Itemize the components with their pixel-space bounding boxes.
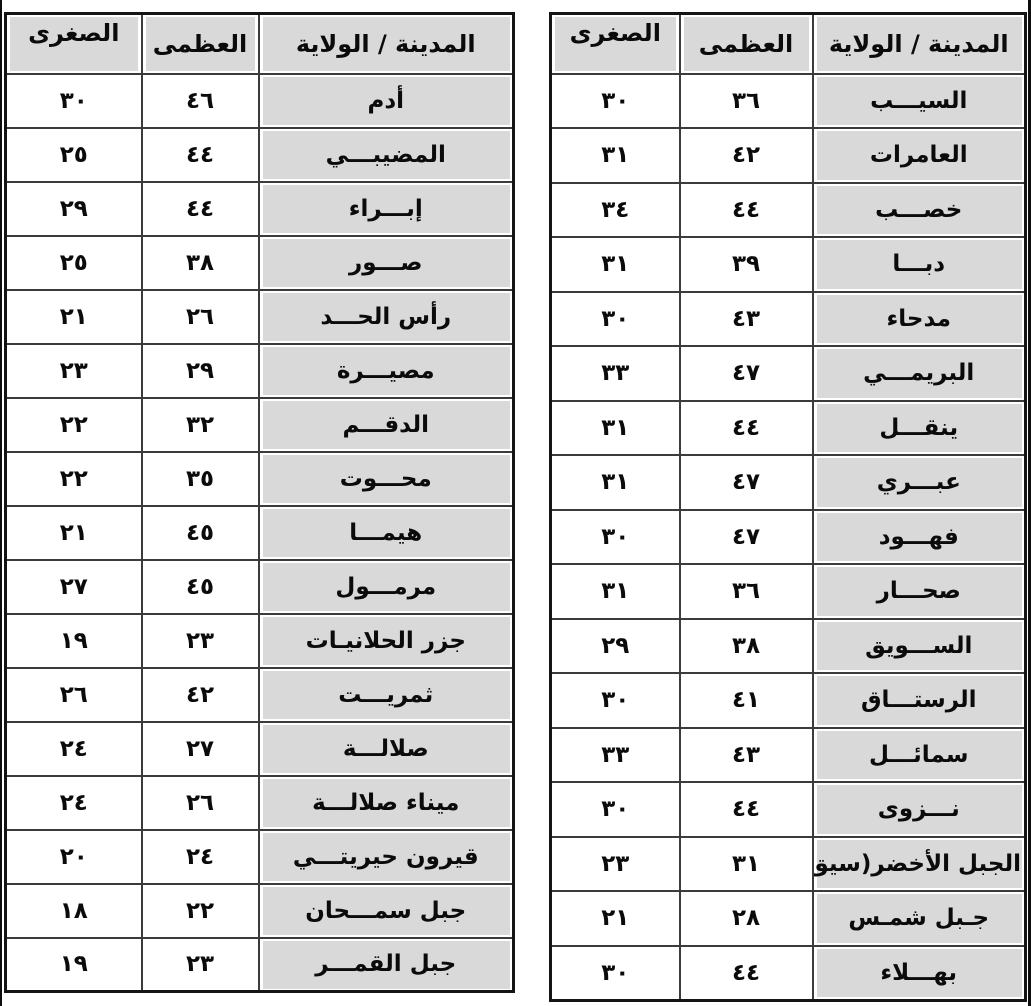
max-temp-cell: ٤١: [680, 673, 813, 728]
table-row: صحـــار ٣٦ ٣١: [551, 564, 1026, 619]
city-cell: الدقـــم: [259, 398, 514, 452]
max-temp-cell: ٤٣: [680, 292, 813, 347]
right-temperature-table: المدينة / الولاية العظمى الصغرى السيـــب…: [549, 12, 1027, 1002]
max-temp-cell: ٣٢: [142, 398, 259, 452]
min-temp-cell: ٢٤: [6, 722, 142, 776]
table-row: المضيبـــي ٤٤ ٢٥: [6, 128, 514, 182]
min-temp-cell: ٣٤: [551, 183, 680, 238]
min-temp-cell: ٢٥: [6, 128, 142, 182]
max-temp-cell: ٤٤: [680, 946, 813, 1001]
max-temp-cell: ٤٢: [680, 128, 813, 183]
min-column-header: الصغرى: [551, 14, 680, 74]
left-temperature-table: المدينة / الولاية العظمى الصغرى أدم ٤٦ ٣…: [4, 12, 515, 993]
min-temp-cell: ٢٠: [6, 830, 142, 884]
min-temp-cell: ٣٣: [551, 728, 680, 783]
city-cell: سمائـــل: [813, 728, 1026, 783]
table-row: سمائـــل ٤٣ ٣٣: [551, 728, 1026, 783]
min-temp-cell: ٣١: [551, 401, 680, 456]
city-cell: قيرون حيريتـــي: [259, 830, 514, 884]
max-temp-cell: ٤٣: [680, 728, 813, 783]
table-row: هيمـــا ٤٥ ٢١: [6, 506, 514, 560]
city-cell: السيـــب: [813, 74, 1026, 129]
max-temp-cell: ٤٦: [142, 74, 259, 128]
city-cell: خصـــب: [813, 183, 1026, 238]
table-row: فهـــود ٤٧ ٣٠: [551, 510, 1026, 565]
max-temp-cell: ٢٧: [142, 722, 259, 776]
table-row: ينقـــل ٤٤ ٣١: [551, 401, 1026, 456]
city-cell: هيمـــا: [259, 506, 514, 560]
max-temp-cell: ٤٥: [142, 560, 259, 614]
header-row: المدينة / الولاية العظمى الصغرى: [551, 14, 1026, 74]
max-temp-cell: ٤٧: [680, 346, 813, 401]
table-row: رأس الحـــد ٢٦ ٢١: [6, 290, 514, 344]
city-cell: العامرات: [813, 128, 1026, 183]
max-temp-cell: ٤٤: [680, 782, 813, 837]
city-cell: فهـــود: [813, 510, 1026, 565]
max-temp-cell: ٣١: [680, 837, 813, 892]
table-row: جبل القمـــر ٢٣ ١٩: [6, 938, 514, 992]
min-temp-cell: ٣١: [551, 564, 680, 619]
min-temp-cell: ٣١: [551, 455, 680, 510]
table-row: الرستـــاق ٤١ ٣٠: [551, 673, 1026, 728]
header-row: المدينة / الولاية العظمى الصغرى: [6, 14, 514, 74]
table-row: نـــزوى ٤٤ ٣٠: [551, 782, 1026, 837]
min-temp-cell: ٣٠: [6, 74, 142, 128]
table-row: العامرات ٤٢ ٣١: [551, 128, 1026, 183]
max-temp-cell: ٣٥: [142, 452, 259, 506]
max-temp-cell: ٤٤: [142, 182, 259, 236]
city-cell: صحـــار: [813, 564, 1026, 619]
table-row: مصيـــرة ٢٩ ٢٣: [6, 344, 514, 398]
city-cell: ينقـــل: [813, 401, 1026, 456]
table-row: مرمـــول ٤٥ ٢٧: [6, 560, 514, 614]
city-cell: جبل سمـــحان: [259, 884, 514, 938]
max-temp-cell: ٤٧: [680, 455, 813, 510]
min-temp-cell: ٢٩: [6, 182, 142, 236]
min-temp-cell: ٣٠: [551, 510, 680, 565]
city-cell: بهـــلاء: [813, 946, 1026, 1001]
table-row: عبـــري ٤٧ ٣١: [551, 455, 1026, 510]
city-column-header: المدينة / الولاية: [813, 14, 1026, 74]
max-column-header: العظمى: [680, 14, 813, 74]
min-temp-cell: ٣٠: [551, 292, 680, 347]
max-temp-cell: ٣٦: [680, 564, 813, 619]
city-cell: الرستـــاق: [813, 673, 1026, 728]
table-row: ميناء صلالـــة ٢٦ ٢٤: [6, 776, 514, 830]
max-temp-cell: ٤٤: [680, 183, 813, 238]
city-cell: دبـــا: [813, 237, 1026, 292]
min-temp-cell: ٢١: [551, 891, 680, 946]
table-row: إبـــراء ٤٤ ٢٩: [6, 182, 514, 236]
city-cell: البريمـــي: [813, 346, 1026, 401]
table-row: بهـــلاء ٤٤ ٣٠: [551, 946, 1026, 1001]
min-temp-cell: ٢٤: [6, 776, 142, 830]
max-temp-cell: ٣٨: [142, 236, 259, 290]
max-temp-cell: ٢٨: [680, 891, 813, 946]
city-cell: صـــور: [259, 236, 514, 290]
table-row: محـــوت ٣٥ ٢٢: [6, 452, 514, 506]
table-row: مدحاء ٤٣ ٣٠: [551, 292, 1026, 347]
max-temp-cell: ٤٢: [142, 668, 259, 722]
min-temp-cell: ٣٠: [551, 74, 680, 129]
right-table-body: السيـــب ٣٦ ٣٠ العامرات ٤٢ ٣١ خصـــب ٤٤ …: [551, 74, 1026, 1001]
city-cell: مرمـــول: [259, 560, 514, 614]
city-cell: أدم: [259, 74, 514, 128]
max-temp-cell: ٢٢: [142, 884, 259, 938]
min-temp-cell: ١٩: [6, 938, 142, 992]
min-temp-cell: ٣٠: [551, 782, 680, 837]
max-temp-cell: ٤٧: [680, 510, 813, 565]
min-temp-cell: ١٩: [6, 614, 142, 668]
table-row: جزر الحلانيـات ٢٣ ١٩: [6, 614, 514, 668]
min-temp-cell: ٢١: [6, 290, 142, 344]
city-cell: الســـويق: [813, 619, 1026, 674]
table-row: صلالـــة ٢٧ ٢٤: [6, 722, 514, 776]
table-row: البريمـــي ٤٧ ٣٣: [551, 346, 1026, 401]
min-temp-cell: ٢٢: [6, 398, 142, 452]
min-temp-cell: ٢٢: [6, 452, 142, 506]
table-row: الســـويق ٣٨ ٢٩: [551, 619, 1026, 674]
max-temp-cell: ٢٦: [142, 776, 259, 830]
min-temp-cell: ٢٩: [551, 619, 680, 674]
table-row: قيرون حيريتـــي ٢٤ ٢٠: [6, 830, 514, 884]
max-temp-cell: ٤٤: [680, 401, 813, 456]
max-temp-cell: ٤٥: [142, 506, 259, 560]
city-cell: جـبل شمـس: [813, 891, 1026, 946]
min-temp-cell: ٣٣: [551, 346, 680, 401]
table-row: دبـــا ٣٩ ٣١: [551, 237, 1026, 292]
max-temp-cell: ٣٦: [680, 74, 813, 129]
max-temp-cell: ٢٣: [142, 938, 259, 992]
table-row: ثمريـــت ٤٢ ٢٦: [6, 668, 514, 722]
min-temp-cell: ١٨: [6, 884, 142, 938]
max-temp-cell: ٢٦: [142, 290, 259, 344]
max-temp-cell: ٢٤: [142, 830, 259, 884]
max-temp-cell: ٣٨: [680, 619, 813, 674]
city-cell: رأس الحـــد: [259, 290, 514, 344]
page-left-frame-line: [0, 0, 2, 1006]
table-row: الجبل الأخضر(سيق) ٣١ ٢٣: [551, 837, 1026, 892]
max-temp-cell: ٤٤: [142, 128, 259, 182]
city-cell: المضيبـــي: [259, 128, 514, 182]
city-cell: عبـــري: [813, 455, 1026, 510]
city-cell: إبـــراء: [259, 182, 514, 236]
table-row: صـــور ٣٨ ٢٥: [6, 236, 514, 290]
city-cell: ميناء صلالـــة: [259, 776, 514, 830]
table-row: خصـــب ٤٤ ٣٤: [551, 183, 1026, 238]
min-temp-cell: ٢٣: [551, 837, 680, 892]
min-temp-cell: ٣١: [551, 237, 680, 292]
page: المدينة / الولاية العظمى الصغرى السيـــب…: [0, 0, 1031, 1006]
city-column-header: المدينة / الولاية: [259, 14, 514, 74]
min-column-header: الصغرى: [6, 14, 142, 74]
table-row: جـبل شمـس ٢٨ ٢١: [551, 891, 1026, 946]
min-temp-cell: ٢٥: [6, 236, 142, 290]
max-temp-cell: ٢٣: [142, 614, 259, 668]
table-row: جبل سمـــحان ٢٢ ١٨: [6, 884, 514, 938]
city-cell: مصيـــرة: [259, 344, 514, 398]
min-temp-cell: ٣٠: [551, 673, 680, 728]
table-row: السيـــب ٣٦ ٣٠: [551, 74, 1026, 129]
city-cell: جزر الحلانيـات: [259, 614, 514, 668]
city-cell: الجبل الأخضر(سيق): [813, 837, 1026, 892]
min-temp-cell: ٢٦: [6, 668, 142, 722]
min-temp-cell: ٢١: [6, 506, 142, 560]
table-row: الدقـــم ٣٢ ٢٢: [6, 398, 514, 452]
min-temp-cell: ٣١: [551, 128, 680, 183]
city-cell: ثمريـــت: [259, 668, 514, 722]
min-temp-cell: ٢٧: [6, 560, 142, 614]
city-cell: محـــوت: [259, 452, 514, 506]
max-temp-cell: ٣٩: [680, 237, 813, 292]
max-temp-cell: ٢٩: [142, 344, 259, 398]
min-temp-cell: ٣٠: [551, 946, 680, 1001]
city-cell: صلالـــة: [259, 722, 514, 776]
city-cell: نـــزوى: [813, 782, 1026, 837]
max-column-header: العظمى: [142, 14, 259, 74]
city-cell: مدحاء: [813, 292, 1026, 347]
min-temp-cell: ٢٣: [6, 344, 142, 398]
left-table-body: أدم ٤٦ ٣٠ المضيبـــي ٤٤ ٢٥ إبـــراء ٤٤ ٢…: [6, 74, 514, 992]
right-table-header: المدينة / الولاية العظمى الصغرى: [551, 14, 1026, 74]
table-row: أدم ٤٦ ٣٠: [6, 74, 514, 128]
city-cell: جبل القمـــر: [259, 938, 514, 992]
left-table-header: المدينة / الولاية العظمى الصغرى: [6, 14, 514, 74]
